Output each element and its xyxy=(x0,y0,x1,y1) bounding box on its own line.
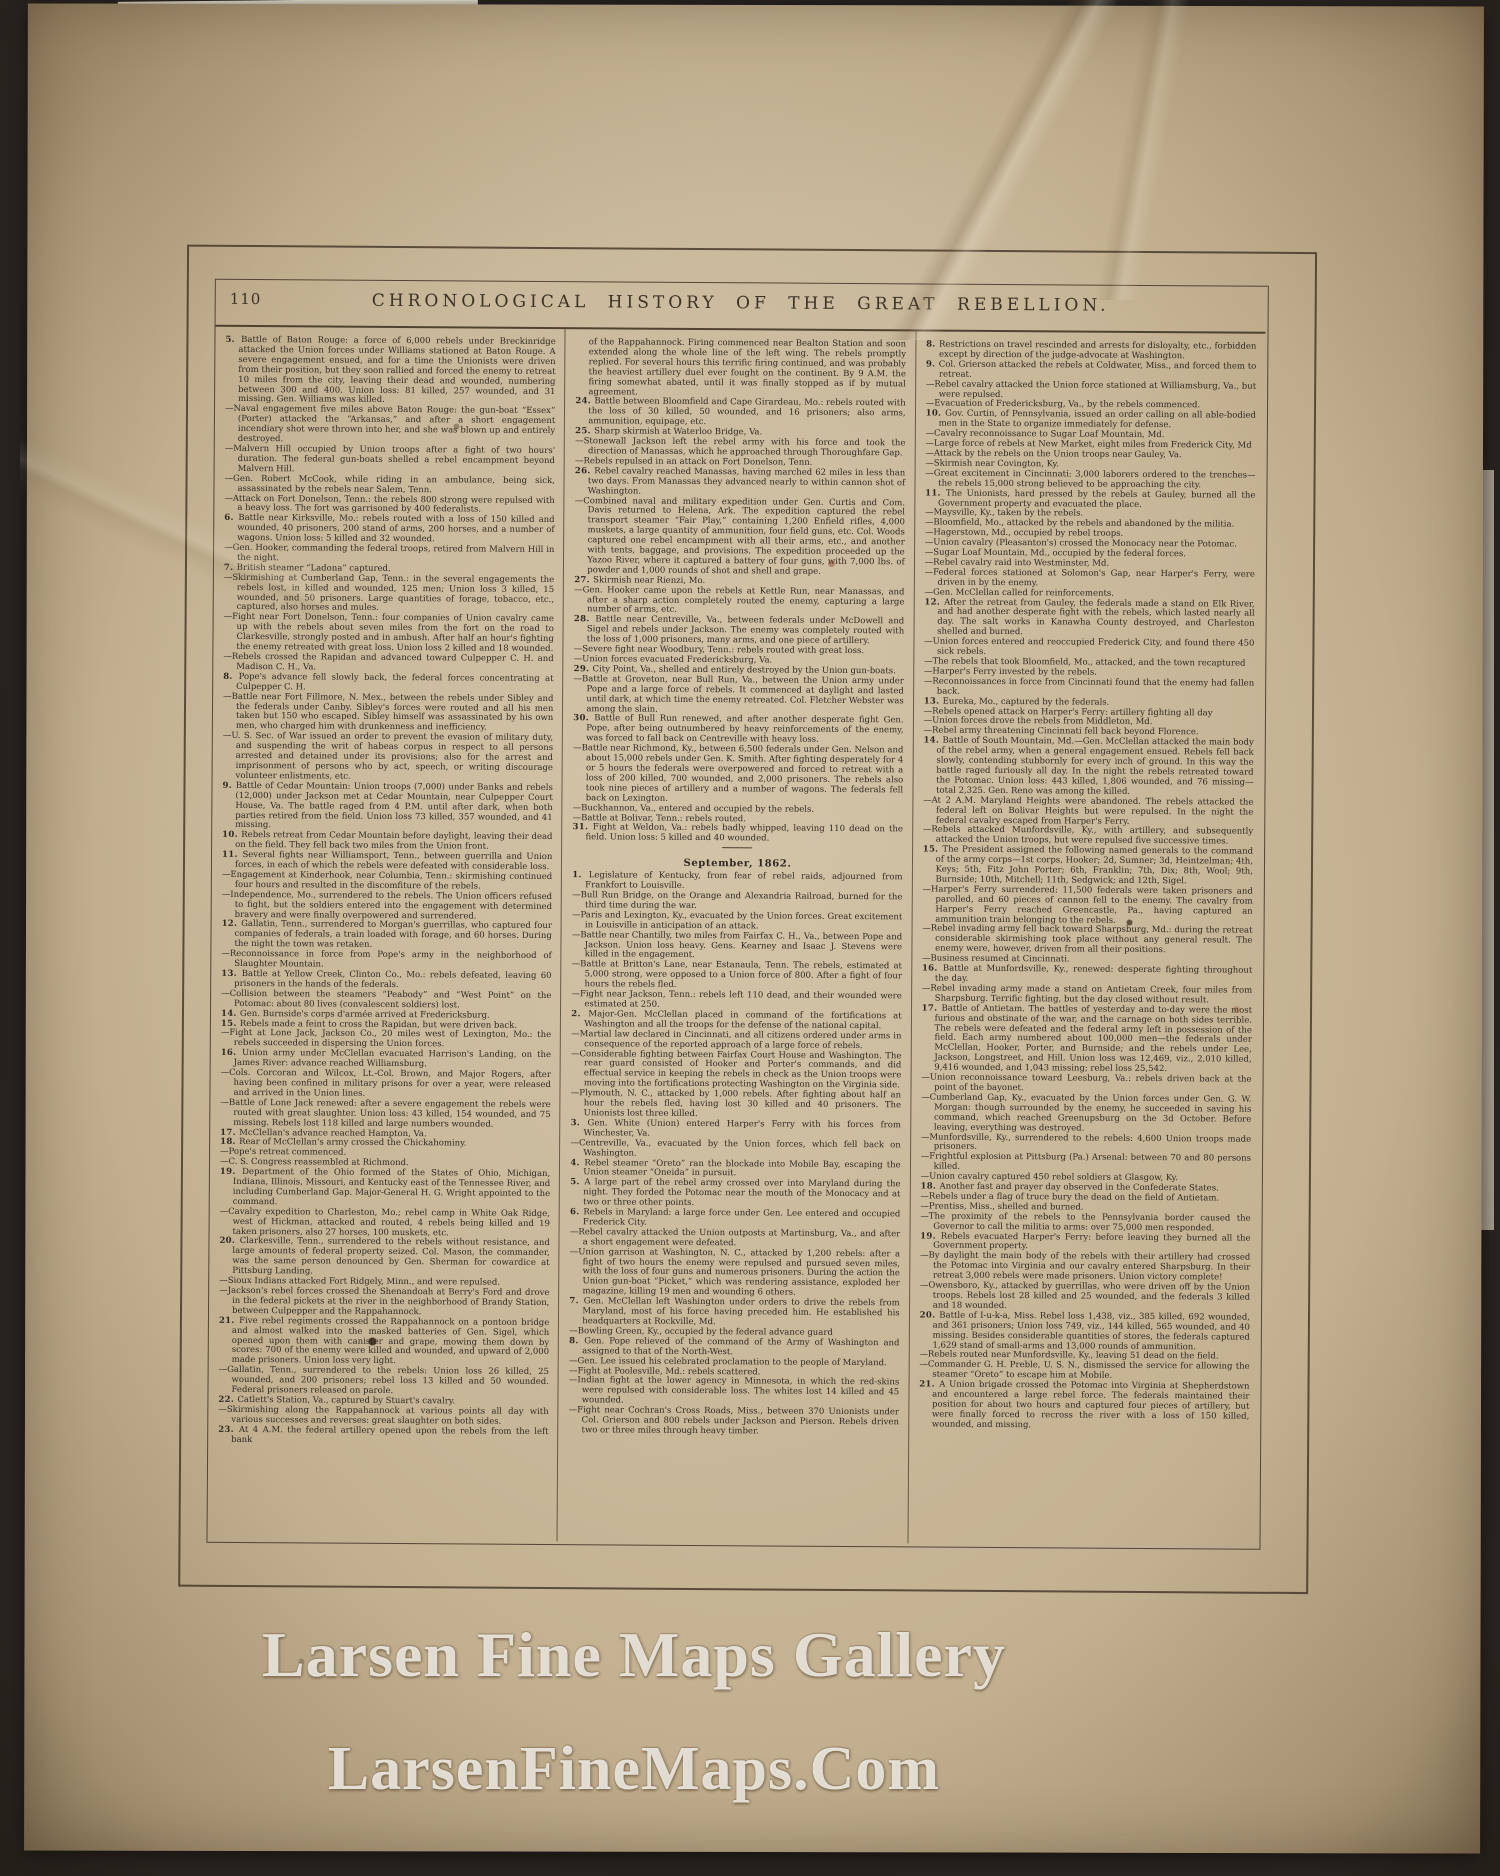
entry: —Battle near Chantilly, two miles from F… xyxy=(572,931,903,963)
entry: —Battle near Fort Fillmore, N. Mex., bet… xyxy=(223,692,554,734)
entry-dash: — xyxy=(924,676,933,686)
entry: —By daylight the main body of the rebels… xyxy=(920,1252,1251,1284)
entry-dash: — xyxy=(925,518,934,528)
entry-dash: — xyxy=(924,716,933,726)
entry-number: 21. xyxy=(919,1380,939,1390)
entry-dash: — xyxy=(221,949,230,959)
entry-number: 20. xyxy=(920,1310,940,1320)
entry-dash: — xyxy=(572,930,581,940)
entry: —Battle near Richmond, Ky., between 6,50… xyxy=(573,744,904,806)
entry-number: 2. xyxy=(571,1009,588,1019)
entry: —Plymouth, N. C., attacked by 1,000 rebe… xyxy=(571,1089,902,1121)
column-3: 8. Restrictions on travel rescinded and … xyxy=(907,331,1265,1545)
entry-dash: — xyxy=(571,1029,580,1039)
entry-number: 5. xyxy=(570,1177,584,1187)
entry: —Rebel invading army fell back toward Sh… xyxy=(922,925,1253,957)
entry-dash: — xyxy=(225,444,234,454)
entry-dash: — xyxy=(220,1207,229,1217)
entry-dash: — xyxy=(574,585,583,595)
entry-day-12: 12. Gallatin, Tenn., surrendered to Morg… xyxy=(221,920,552,952)
entry-dash: — xyxy=(921,1152,930,1162)
entry-number: 24. xyxy=(575,397,594,407)
entry-number: 12. xyxy=(222,919,242,929)
entry-day-20: 20. Clarkesville, Tenn., surrendered to … xyxy=(219,1237,550,1279)
entry: —Fight near Cochran's Cross Roads, Miss.… xyxy=(569,1406,900,1438)
entry-dash: — xyxy=(922,954,931,964)
entry-day-30: 30. Battle of Bull Run renewed, and afte… xyxy=(573,715,904,747)
entry-dash: — xyxy=(924,726,933,736)
entry: —Independence, Mo., surrendered to the r… xyxy=(222,891,553,923)
entry-number: 8. xyxy=(926,340,939,350)
entry-dash: — xyxy=(223,652,232,662)
entry-dash: — xyxy=(925,567,934,577)
entry: —At 2 A.M. Maryland Heights were abandon… xyxy=(923,796,1254,828)
entry-dash: — xyxy=(923,795,932,805)
entry: —Battle of Lone Jack renewed: after a se… xyxy=(220,1099,551,1131)
entry-dash: — xyxy=(572,890,581,900)
entry: —Cavalry expedition to Charleston, Mo.; … xyxy=(220,1208,551,1240)
month-heading: September, 1862. xyxy=(572,846,902,871)
entry-dash: — xyxy=(924,637,933,647)
entry: —Naval engagement five miles above Baton… xyxy=(225,405,556,447)
entry-number: 6. xyxy=(224,513,238,523)
entry-dash: — xyxy=(920,1281,929,1291)
entry-dash: — xyxy=(221,1068,230,1078)
entry: —Owensboro, Ky., attacked by guerrillas,… xyxy=(920,1282,1251,1314)
entry-day-31: 31. Fight at Weldon, Va.: rebels badly w… xyxy=(572,824,902,846)
entry-number: 19. xyxy=(920,1231,941,1241)
entry-dash: — xyxy=(220,1098,229,1108)
entry: —U. S. Sec. of War issued an order to pr… xyxy=(223,732,554,784)
entry-dash: — xyxy=(574,654,583,664)
entry-number: 17. xyxy=(220,1127,239,1137)
entry-dash: — xyxy=(924,706,933,716)
entry-number: 16. xyxy=(922,964,943,974)
entry-dash: — xyxy=(925,548,934,558)
entry-dash: — xyxy=(221,1028,230,1038)
entry-number: 20. xyxy=(219,1236,239,1246)
entry-dash: — xyxy=(219,1365,228,1375)
entry-number: 27. xyxy=(574,575,593,585)
entry-dash: — xyxy=(570,1247,579,1257)
entry-dash: — xyxy=(575,436,584,446)
entry-dash: — xyxy=(925,557,934,567)
entry-number: 10. xyxy=(222,830,241,840)
entry-number: 31. xyxy=(573,823,593,833)
entry-number: 6. xyxy=(570,1207,583,1217)
entry-dash: — xyxy=(925,448,934,458)
entry-number: 7. xyxy=(224,563,237,573)
month-heading-text: September, 1862. xyxy=(683,858,791,870)
entry-dash: — xyxy=(224,573,233,583)
column-2: of the Rappahannock. Firing commenced ne… xyxy=(557,329,915,1543)
entry-number: 13. xyxy=(221,969,242,979)
entry-dash: — xyxy=(575,456,584,466)
entry: —Battle at Britton's Lane, near Estanaul… xyxy=(571,961,902,993)
column-1: 5. Battle of Baton Rouge: a force of 6,0… xyxy=(208,327,565,1541)
entry-day-5: 5. Battle of Baton Rouge: a force of 6,0… xyxy=(225,336,556,408)
entry-dash: — xyxy=(223,731,232,741)
entry-number: 15. xyxy=(221,1018,240,1028)
entry-day-24: 24. Battle between Bloomfield and Cape G… xyxy=(575,398,906,430)
entry-dash: — xyxy=(925,439,934,449)
entry-number: 10. xyxy=(926,409,946,419)
entry-number: 1. xyxy=(572,870,589,880)
entry-dash: — xyxy=(920,1251,929,1261)
entry-number: 9. xyxy=(926,359,939,369)
entry-number: 11. xyxy=(925,488,946,498)
entry-day-23: 23. At 4 A.M. the federal artillery open… xyxy=(218,1426,548,1448)
entry-dash: — xyxy=(220,1147,229,1157)
entry-dash: — xyxy=(571,1049,580,1059)
entry-dash: — xyxy=(926,379,935,389)
entry-number: 13. xyxy=(924,696,943,706)
entry-dash: — xyxy=(920,1201,929,1211)
entry-number: 29. xyxy=(574,664,593,674)
entry: —Jackson's rebel forces crossed the Shen… xyxy=(219,1287,550,1319)
entry-dash: — xyxy=(925,429,934,439)
entry-dash: — xyxy=(574,674,583,684)
entry-number: 16. xyxy=(221,1048,242,1058)
entry-dash: — xyxy=(569,1326,578,1336)
entry-day-5: 5. A large part of the rebel army crosse… xyxy=(570,1178,901,1210)
page-header: 110 CHRONOLOGICAL HISTORY OF THE GREAT R… xyxy=(216,281,1266,334)
entry-dash: — xyxy=(221,989,230,999)
entry-dash: — xyxy=(925,538,934,548)
entry-number: 25. xyxy=(575,426,594,436)
entry-number: 18. xyxy=(920,1182,939,1192)
entry-dash: — xyxy=(573,803,582,813)
entry-dash: — xyxy=(571,989,580,999)
entry: —Union garrison at Washington, N. C., at… xyxy=(569,1248,900,1300)
entry-number: 3. xyxy=(571,1118,588,1128)
entry-dash: — xyxy=(921,1132,930,1142)
entry: —Fight near Fort Donelson, Tenn.: four c… xyxy=(223,613,554,655)
entry: —Cols. Corcoran and Wilcox, Lt.-Col. Bro… xyxy=(220,1069,551,1101)
entry-dash: — xyxy=(922,924,931,934)
entry-number: 5. xyxy=(225,335,241,345)
entry-day-20: 20. Battle of I-u-k-a, Miss. Rebel loss … xyxy=(919,1311,1250,1353)
entry-dash: — xyxy=(919,1360,928,1370)
entry-day-19: 19. Department of the Ohio formed of the… xyxy=(220,1168,551,1210)
entry-dash: — xyxy=(921,1092,930,1102)
entry-dash: — xyxy=(924,656,933,666)
entry-dash: — xyxy=(925,468,934,478)
entry-dash: — xyxy=(922,983,931,993)
entry-number: 30. xyxy=(573,714,594,724)
entry-dash: — xyxy=(919,1350,928,1360)
entry: —Gen. Hooker came upon the rebels at Ket… xyxy=(574,586,905,618)
entry-dash: — xyxy=(921,1172,930,1182)
entry-dash: — xyxy=(572,960,581,970)
entry-dash: — xyxy=(569,1356,578,1366)
entry-number: 11. xyxy=(222,850,242,860)
entry-dash: — xyxy=(925,508,934,518)
entry-dash: — xyxy=(922,884,931,894)
entry-number: 28. xyxy=(574,615,595,625)
entry: —Gallatin, Tenn., surrendered to the reb… xyxy=(218,1366,549,1398)
entry-dash: — xyxy=(573,813,582,823)
page-title: CHRONOLOGICAL HISTORY OF THE GREAT REBEL… xyxy=(216,290,1266,317)
entry-dash: — xyxy=(219,1286,228,1296)
entry: of the Rappahannock. Firing commenced ne… xyxy=(575,338,906,400)
entry-day-12: 12. After the retreat from Gauley, the f… xyxy=(924,598,1255,640)
entry: —Harper's Ferry surrendered: 11,500 fede… xyxy=(922,885,1253,927)
entry-dash: — xyxy=(225,404,234,414)
entry-number: 18. xyxy=(220,1137,239,1147)
entry-number: 23. xyxy=(218,1425,239,1435)
entry-day-17: 17. Battle of Antietam. The battles of y… xyxy=(921,1004,1252,1076)
entry: —Malvern Hill occupied by Union troops a… xyxy=(225,445,556,477)
text-columns: 5. Battle of Baton Rouge: a force of 6,0… xyxy=(208,327,1266,1546)
entry: —Battle at Groveton, near Bull Run, Va.,… xyxy=(573,675,904,717)
entry-number: 9. xyxy=(222,781,235,791)
entry-day-21: 21. Five rebel regiments crossed the Rap… xyxy=(219,1317,550,1369)
entry-dash: — xyxy=(572,910,581,920)
entry-number: 8. xyxy=(223,672,238,682)
entry-dash: — xyxy=(222,870,231,880)
heading-rule xyxy=(723,847,753,848)
entry-day-7: 7. Gen. McClellan left Washington under … xyxy=(569,1297,900,1329)
entry: —Cumberland Gap, Ky., evacuated by the U… xyxy=(921,1093,1252,1135)
printed-area: 110 CHRONOLOGICAL HISTORY OF THE GREAT R… xyxy=(0,0,1500,1876)
entry-dash: — xyxy=(224,612,233,622)
entry-dash: — xyxy=(921,1073,930,1083)
entry: —Indian fight at the lower agency in Min… xyxy=(569,1377,900,1409)
entry-dash: — xyxy=(222,890,231,900)
entry-dash: — xyxy=(925,528,934,538)
entry-number: 17. xyxy=(922,1003,942,1013)
entry-dash: — xyxy=(224,493,233,503)
entry-number: 8. xyxy=(569,1336,584,1346)
entry-dash: — xyxy=(573,743,582,753)
entry-dash: — xyxy=(925,458,934,468)
entry-dash: — xyxy=(569,1405,578,1415)
entry-dash: — xyxy=(223,691,232,701)
entry-number: 21. xyxy=(219,1316,239,1326)
entry-number: 12. xyxy=(924,597,944,607)
entry-day-15: 15. The President assigned the following… xyxy=(923,846,1254,888)
entry-dash: — xyxy=(225,474,234,484)
entry-dash: — xyxy=(924,666,933,676)
entry: —Skirmishing at Cumberland Gap, Tenn.: i… xyxy=(224,574,555,616)
entry-day-14: 14. Battle of South Mountain, Md.—Gen. M… xyxy=(923,737,1254,799)
entry-day-21: 21. A Union brigade crossed the Potomac … xyxy=(919,1381,1250,1433)
entry-number: 26. xyxy=(575,466,594,476)
entry-dash: — xyxy=(224,543,233,553)
entry-number: 15. xyxy=(923,845,943,855)
entry-number: 22. xyxy=(218,1395,237,1405)
entry-dash: — xyxy=(920,1211,929,1221)
entry-dash: — xyxy=(920,1191,929,1201)
entry-number: 14. xyxy=(923,736,942,746)
entry-day-9: 9. Battle of Cedar Mountain: Union troop… xyxy=(222,782,553,834)
entry-dash: — xyxy=(926,399,935,409)
entry-dash: — xyxy=(575,496,584,506)
entry-dash: — xyxy=(569,1366,578,1376)
entry: —Considerable fighting between Fairfax C… xyxy=(571,1050,902,1092)
entry-number: 7. xyxy=(569,1296,583,1306)
entry-number: 4. xyxy=(570,1158,584,1168)
entry-dash: — xyxy=(219,1276,228,1286)
entry-dash: — xyxy=(569,1376,578,1386)
entry-dash: — xyxy=(571,1088,580,1098)
entry-dash: — xyxy=(218,1405,227,1415)
entry-dash: — xyxy=(924,587,933,597)
entry-day-28: 28. Battle near Centreville, Va., betwee… xyxy=(574,616,905,648)
entry-dash: — xyxy=(574,644,583,654)
entry-dash: — xyxy=(923,825,932,835)
entry: —Combined naval and military expedition … xyxy=(574,497,905,578)
entry-dash: — xyxy=(220,1157,229,1167)
entry-dash: — xyxy=(570,1138,579,1148)
entry-number: 19. xyxy=(220,1167,242,1177)
entry-number: 14. xyxy=(221,1008,240,1018)
entry-dash: — xyxy=(570,1227,579,1237)
entry-day-26: 26. Rebel cavalry reached Manassas, havi… xyxy=(575,467,906,499)
entry-day-6: 6. Battle near Kirksville, Mo.: rebels r… xyxy=(224,514,555,546)
